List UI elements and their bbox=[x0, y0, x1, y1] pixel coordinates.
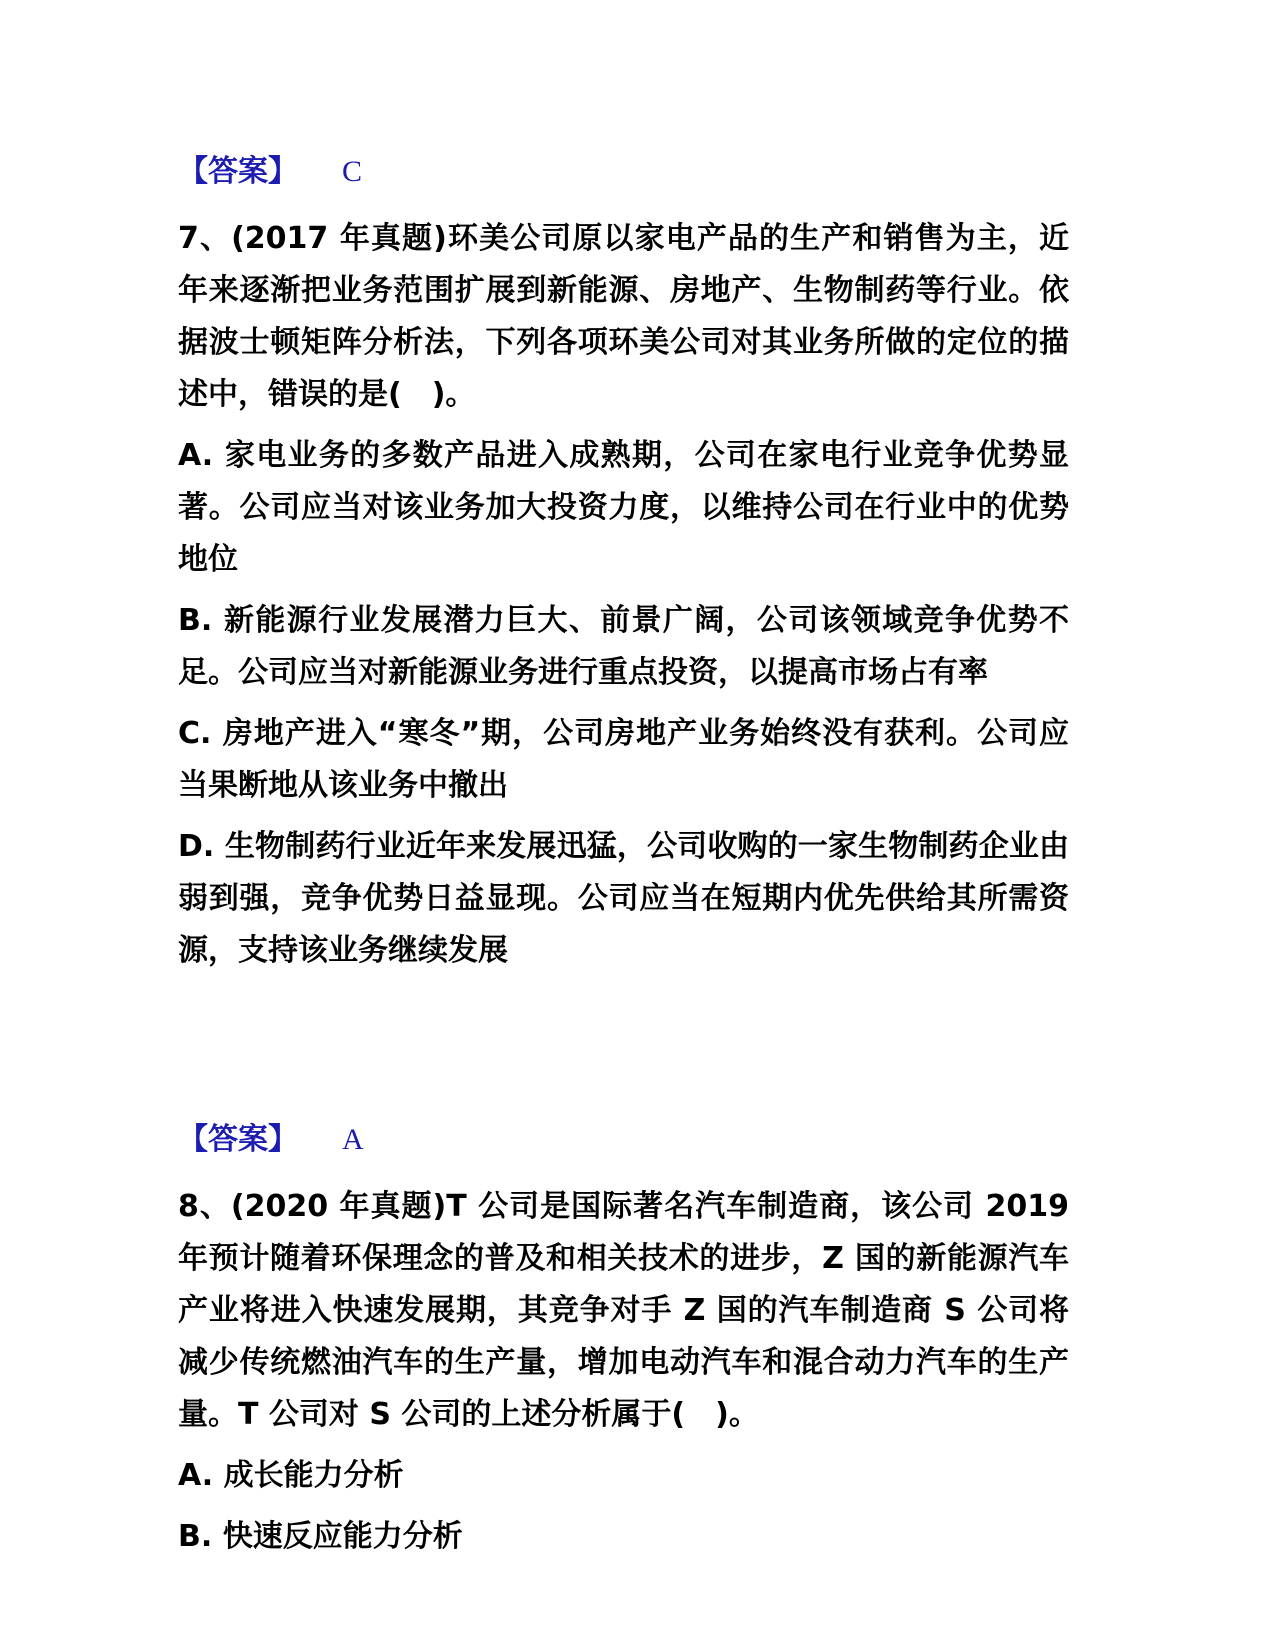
answer-line-1: 【答案】C bbox=[178, 146, 1069, 198]
answer-label: 【答案】 bbox=[178, 154, 298, 189]
answer-value: C bbox=[342, 155, 362, 188]
question-7-option-a: A. 家电业务的多数产品进入成熟期，公司在家电行业竞争优势显著。公司应当对该业务… bbox=[178, 430, 1069, 586]
exam-document-page: 【答案】C 7、(2017 年真题)环美公司原以家电产品的生产和销售为主，近年来… bbox=[0, 0, 1275, 1650]
question-7-option-d: D. 生物制药行业近年来发展迅猛，公司收购的一家生物制药企业由弱到强，竞争优势日… bbox=[178, 821, 1069, 977]
section-gap bbox=[178, 986, 1069, 1114]
question-8-option-a: A. 成长能力分析 bbox=[178, 1450, 1069, 1502]
answer-label: 【答案】 bbox=[178, 1122, 298, 1157]
answer-line-2: 【答案】A bbox=[178, 1114, 1069, 1166]
question-7-option-b: B. 新能源行业发展潜力巨大、前景广阔，公司该领域竞争优势不足。公司应当对新能源… bbox=[178, 595, 1069, 699]
question-7-option-c: C. 房地产进入“寒冬”期，公司房地产业务始终没有获利。公司应当果断地从该业务中… bbox=[178, 708, 1069, 812]
question-8-option-b: B. 快速反应能力分析 bbox=[178, 1511, 1069, 1563]
answer-value: A bbox=[342, 1123, 364, 1156]
question-8-stem: 8、(2020 年真题)T 公司是国际著名汽车制造商，该公司 2019 年预计随… bbox=[178, 1181, 1069, 1441]
question-7-stem: 7、(2017 年真题)环美公司原以家电产品的生产和销售为主，近年来逐渐把业务范… bbox=[178, 213, 1069, 421]
